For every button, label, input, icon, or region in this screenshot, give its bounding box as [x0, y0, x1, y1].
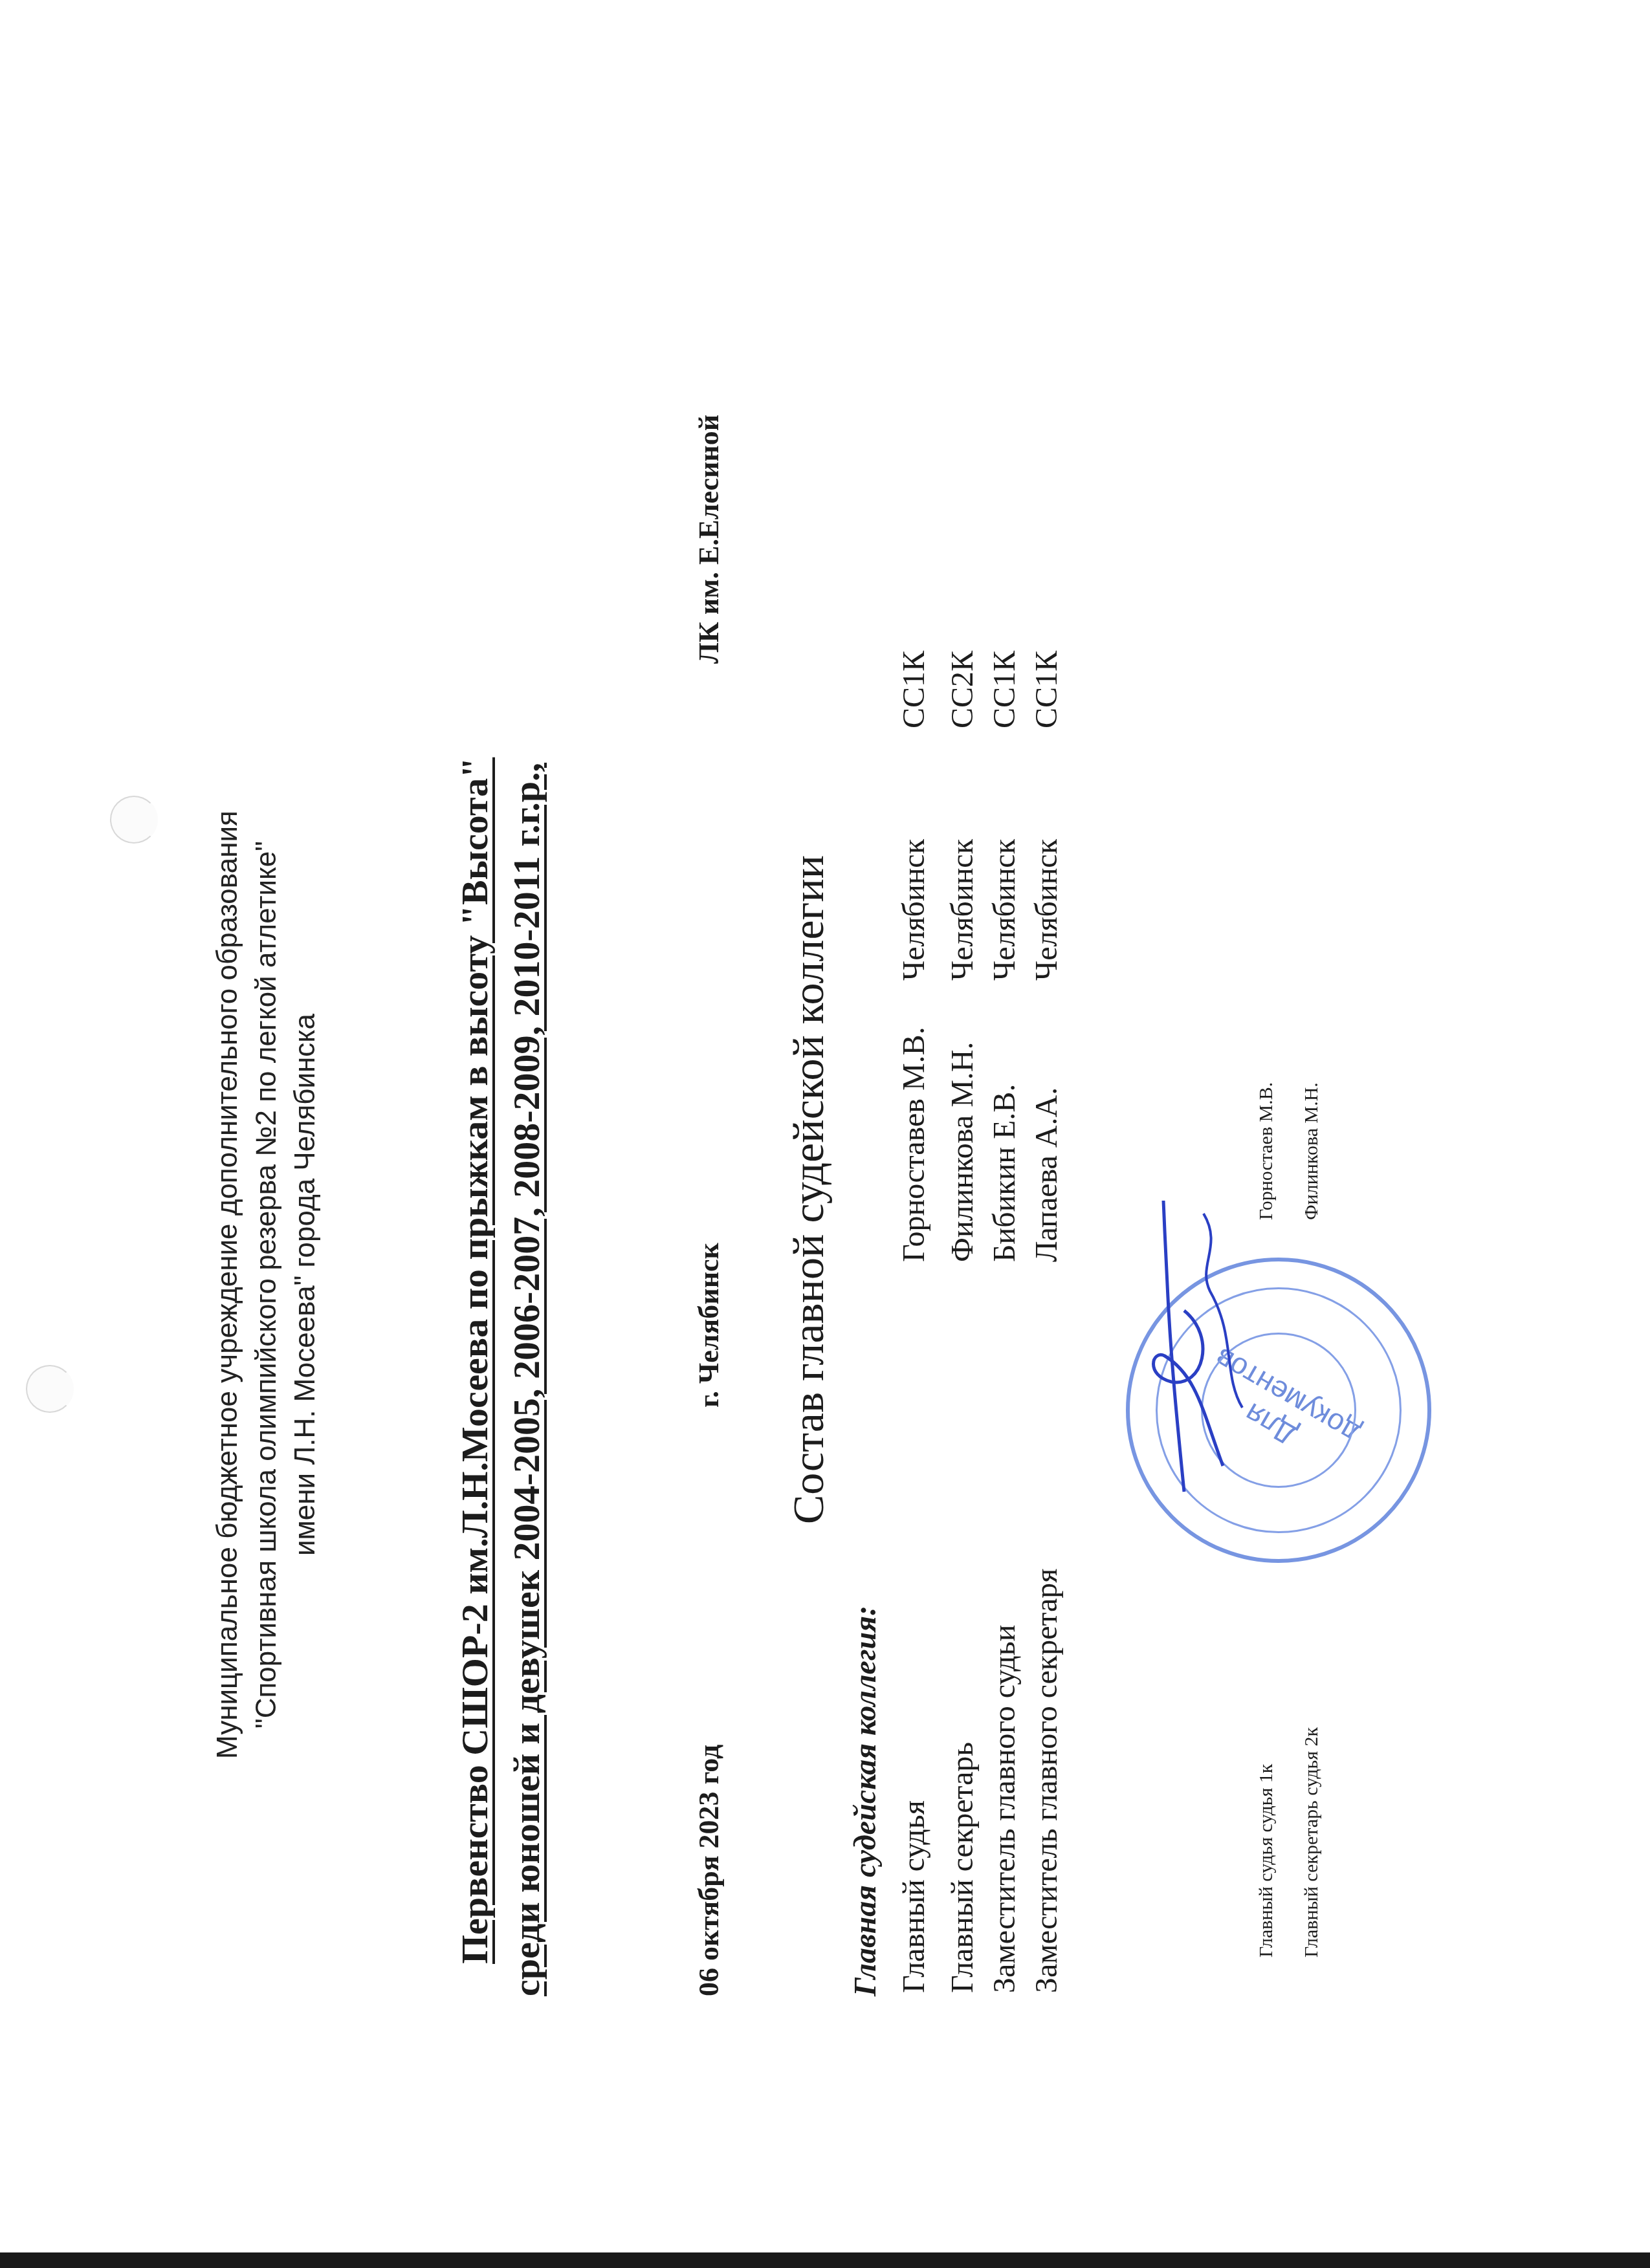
event-date: 06 октября 2023 год: [692, 1745, 725, 1996]
panel-category: СС1К: [987, 651, 1022, 728]
panel-role: Заместитель главного секретаря: [1029, 1569, 1064, 1993]
panel-category: СС1К: [896, 651, 932, 728]
panel-role: Главный судья: [896, 1800, 932, 1993]
event-city: г. Челябинск: [692, 1243, 725, 1408]
panel-city: Челябинск: [945, 839, 980, 981]
panel-category: СС2К: [945, 651, 980, 728]
panel-name: Бибикин Е.В.: [987, 1084, 1022, 1262]
panel-city: Челябинск: [896, 839, 932, 981]
signature-name: Филинкова М.Н.: [1301, 1082, 1323, 1220]
org-line-3: имени Л.Н. Мосеева" города Челябинска: [291, 573, 320, 1996]
signature-label: Главный секретарь судья 2к: [1301, 1727, 1323, 1957]
signature-mark: [1126, 1168, 1372, 1505]
panel-name: Филинкова М.Н.: [945, 1042, 980, 1263]
panel-city: Челябинск: [987, 839, 1022, 981]
panel-name: Лапаева А.А.: [1029, 1087, 1064, 1262]
event-venue: ЛК им. Е.Елесиной: [692, 415, 725, 664]
event-title-line-1: Первенство СШОР-2 им.Л.Н.Мосеева по прыж…: [453, 758, 496, 1964]
org-line-2: "Спортивная школа олимпийского резерва №…: [252, 573, 281, 1996]
signature-label: Главный судья судья 1к: [1255, 1764, 1277, 1957]
panel-name: Горноставев М.В.: [896, 1027, 932, 1262]
panel-role: Заместитель главного судьи: [987, 1625, 1022, 1993]
panel-city: Челябинск: [1029, 839, 1064, 981]
event-title-line-2: среди юношей и девушек 2004-2005, 2006-2…: [505, 763, 548, 1996]
signature-name: Горностаев М.В.: [1255, 1082, 1277, 1220]
section-subheading: Главная судейская коллегия:: [848, 1606, 883, 1996]
document-page: Муниципальное бюджетное учреждение допол…: [0, 0, 1650, 2268]
panel-category: СС1К: [1029, 651, 1064, 728]
org-line-1: Муниципальное бюджетное учреждение допол…: [214, 573, 242, 1996]
section-heading: Состав главной судейской коллегии: [783, 855, 834, 1524]
panel-role: Главный секретарь: [945, 1742, 980, 1993]
